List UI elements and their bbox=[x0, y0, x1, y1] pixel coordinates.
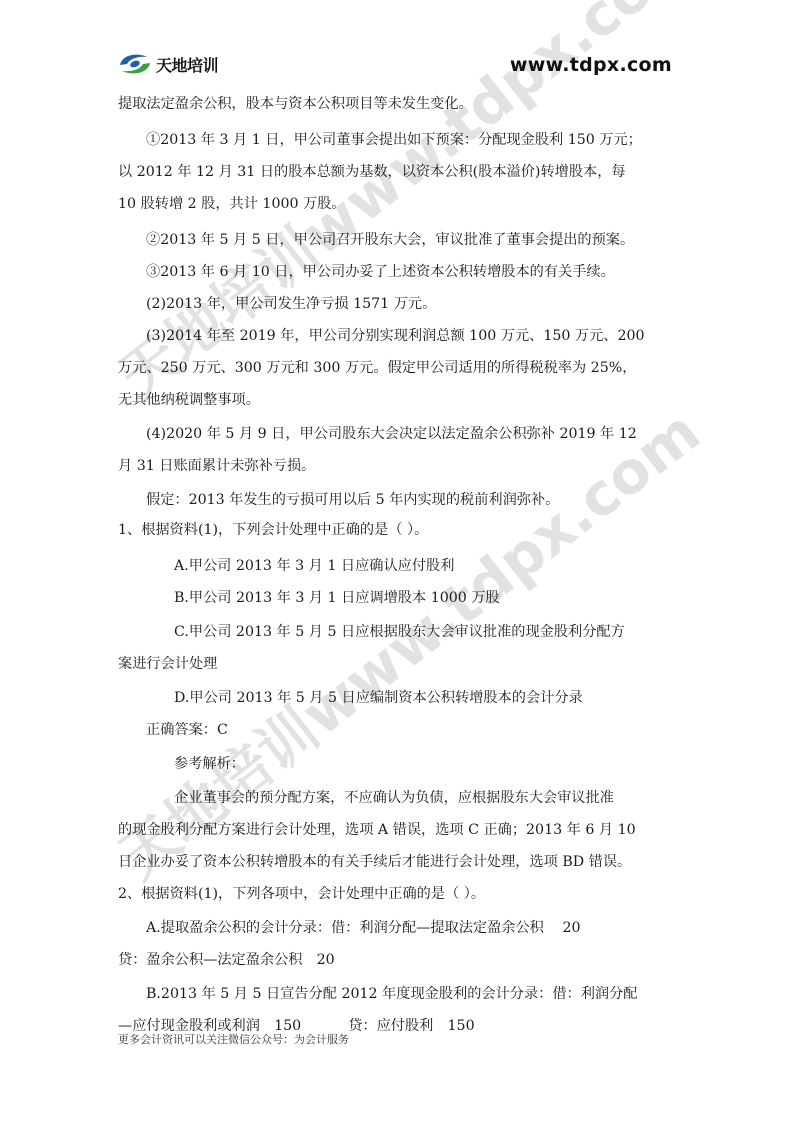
site-url[interactable]: www.tdpx.com bbox=[510, 54, 672, 76]
question-1-option-d: D.甲公司 2013 年 5 月 5 日应编制资本公积转增股本的会计分录 bbox=[174, 688, 583, 708]
question-1-answer: 正确答案：C bbox=[146, 720, 228, 740]
assumption-line: 假定：2013 年发生的亏损可用以后 5 年内实现的税前利润弥补。 bbox=[146, 490, 559, 510]
question-1-stem: 1、根据资料(1)，下列会计处理中正确的是（ ）。 bbox=[118, 520, 428, 540]
paragraph-line: (2)2013 年，甲公司发生净亏损 1571 万元。 bbox=[146, 294, 436, 314]
paragraph-line: 月 31 日账面累计未弥补亏损。 bbox=[118, 456, 315, 476]
page-footer: 更多会计资讯可以关注微信公众号：为会计服务 bbox=[118, 1031, 349, 1047]
paragraph-line: 10 股转增 2 股，共计 1000 万股。 bbox=[118, 194, 346, 214]
question-1-analysis-line: 企业董事会的预分配方案，不应确认为负债，应根据股东大会审议批准 bbox=[174, 788, 614, 808]
brand-logo: 天地培训 bbox=[118, 52, 218, 76]
question-2-option-b: B.2013 年 5 月 5 日宣告分配 2012 年度现金股利的会计分录：借：… bbox=[146, 984, 637, 1004]
question-1-analysis-line: 的现金股利分配方案进行会计处理，选项 A 错误，选项 C 正确；2013 年 6… bbox=[118, 820, 636, 840]
logo-text: 天地培训 bbox=[156, 53, 218, 76]
paragraph-line: ②2013 年 5 月 5 日，甲公司召开股东大会，审议批准了董事会提出的预案。 bbox=[146, 230, 634, 250]
paragraph-line: 提取法定盈余公积，股本与资本公积项目等未发生变化。 bbox=[118, 94, 473, 114]
question-2-option-a: A.提取盈余公积的会计分录：借：利润分配—提取法定盈余公积 20 bbox=[146, 918, 581, 938]
question-1-option-b: B.甲公司 2013 年 3 月 1 日应调增股本 1000 万股 bbox=[174, 588, 500, 608]
paragraph-line: ③2013 年 6 月 10 日，甲公司办妥了上述资本公积转增股本的有关手续。 bbox=[146, 262, 615, 282]
paragraph-line: 万元、250 万元、300 万元和 300 万元。假定甲公司适用的所得税税率为 … bbox=[118, 358, 636, 378]
question-1-analysis-label: 参考解析： bbox=[174, 754, 245, 774]
paragraph-line: ①2013 年 3 月 1 日，甲公司董事会提出如下预案：分配现金股利 150 … bbox=[146, 130, 642, 150]
paragraph-line: (3)2014 年至 2019 年，甲公司分别实现利润总额 100 万元、150… bbox=[146, 326, 645, 346]
logo-swoosh-icon bbox=[118, 52, 152, 76]
question-1-option-c-cont: 案进行会计处理 bbox=[118, 654, 217, 674]
question-1-option-a: A.甲公司 2013 年 3 月 1 日应确认应付股利 bbox=[174, 556, 454, 576]
question-1-option-c: C.甲公司 2013 年 5 月 5 日应根据股东大会审议批准的现金股利分配方 bbox=[174, 622, 625, 642]
paragraph-line: (4)2020 年 5 月 9 日，甲公司股东大会决定以法定盈余公积弥补 201… bbox=[146, 424, 637, 444]
question-2-option-a-cont: 贷：盈余公积—法定盈余公积 20 bbox=[118, 950, 335, 970]
question-2-stem: 2、根据资料(1)，下列各项中，会计处理中正确的是（ ）。 bbox=[118, 884, 485, 904]
paragraph-line: 以 2012 年 12 月 31 日的股本总额为基数，以资本公积(股本溢价)转增… bbox=[118, 162, 626, 182]
question-1-analysis-line: 日企业办妥了资本公积转增股本的有关手续后才能进行会计处理，选项 BD 错误。 bbox=[118, 852, 631, 872]
page-header: 天地培训 www.tdpx.com bbox=[118, 50, 674, 80]
paragraph-line: 无其他纳税调整事项。 bbox=[118, 390, 260, 410]
